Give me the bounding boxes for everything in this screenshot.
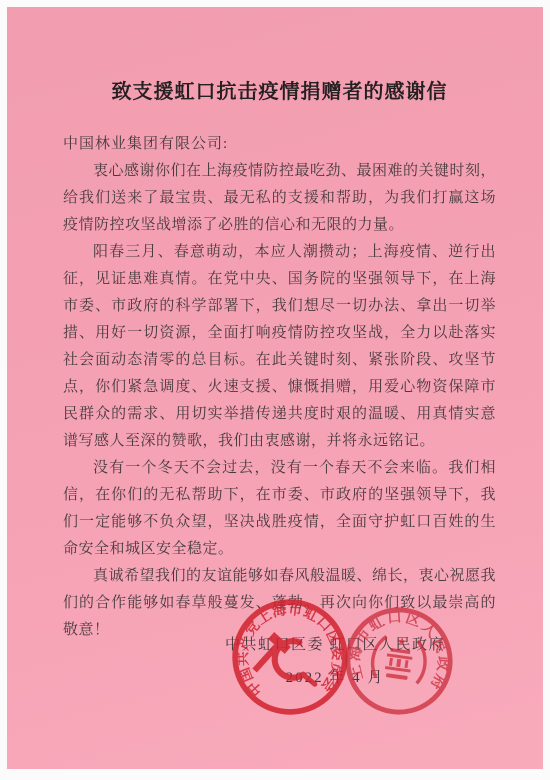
letter-paragraph: 阳春三月、春意萌动，本应人潮攒动；上海疫情、逆行出征，见证患难真情。在党中央、国… [63,239,496,455]
letter-paragraph: 衷心感谢你们在上海疫情防控最吃劲、最困难的关键时刻，给我们送来了最宝贵、最无私的… [63,158,496,239]
letter-body: 衷心感谢你们在上海疫情防控最吃劲、最困难的关键时刻，给我们送来了最宝贵、最无私的… [63,158,496,644]
letter-screenshot: { "page": { "background_hex": "#f5a2b4",… [0,0,550,780]
letter-title: 致支援虹口抗击疫情捐赠者的感谢信 [63,77,496,105]
letter-salutation: 中国林业集团有限公司: [63,131,496,158]
signature-date: 2022 年 4 月 [225,666,445,687]
signature-party-committee: 中共虹口区委 [225,633,324,654]
letter-paragraph: 真诚希望我们的友谊能够如春风般温暖、绵长，衷心祝愿我们的合作能够如春草般蔓发、蓬… [63,563,496,644]
letter-paragraph: 没有一个冬天不会过去，没有一个春天不会来临。我们相信，在你们的无私帮助下，在市委… [63,455,496,563]
signature-line: 中共虹口区委 虹口区人民政府 [225,633,445,654]
signature-block: 中共虹口区委 虹口区人民政府 2022 年 4 月 [225,633,445,687]
signature-government: 虹口区人民政府 [329,633,445,654]
